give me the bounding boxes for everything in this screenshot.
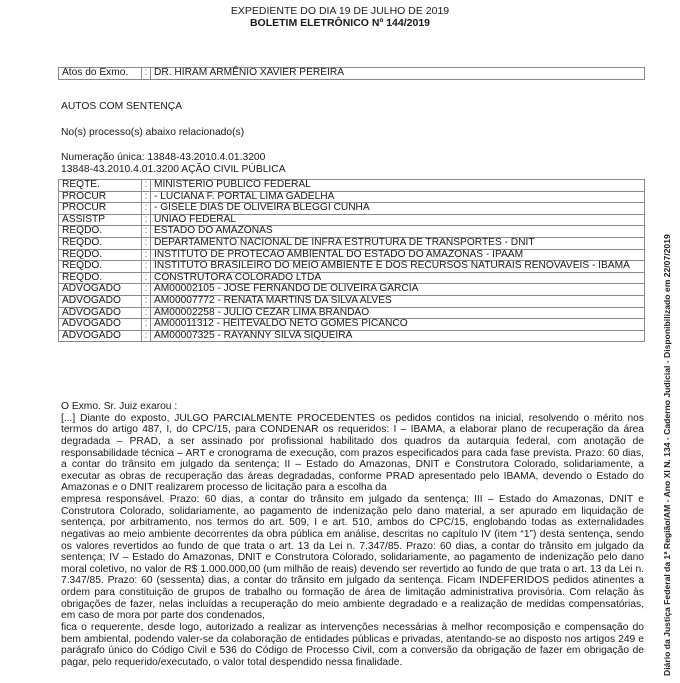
party-row: REQDO.:INSTITUTO BRASILEIRO DO MEIO AMBI… [59,261,645,273]
party-role: REQDO. [59,249,142,261]
expediente-date: EXPEDIENTE DO DIA 19 DE JULHO DE 2019 [0,5,680,17]
party-row: REQDO.:INSTITUTO DE PROTECAO AMBIENTAL D… [59,249,645,261]
party-row: PROCUR:- LUCIANA F. PORTAL LIMA GADELHA [59,191,645,203]
party-role: REQDO. [59,237,142,249]
sentence-paragraph-1: [...] Diante do exposto, JULGO PARCIALME… [61,413,644,448]
party-role: REQDO. [59,261,142,273]
sentence-paragraph-4: fica o requerente, desde logo, autorizad… [61,622,644,669]
party-role: REQTE. [59,180,142,192]
party-role: ADVOGADO [59,295,142,307]
party-name: - LUCIANA F. PORTAL LIMA GADELHA [151,191,645,203]
atos-table: Atos do Exmo. : DR. HIRAM ARMÊNIO XAVIER… [58,67,645,80]
party-row: REQDO.:DEPARTAMENTO NACIONAL DE INFRA ES… [59,237,645,249]
atos-label: Atos do Exmo. [59,68,142,80]
parties-table: REQTE.:MINISTERIO PUBLICO FEDERALPROCUR:… [58,179,645,342]
party-separator: : [142,180,151,192]
party-row: REQDO.:CONSTRUTORA COLORADO LTDA [59,272,645,284]
party-role: ADVOGADO [59,330,142,342]
party-separator: : [142,203,151,215]
party-row: ADVOGADO:AM00002258 - JULIO CEZAR LIMA B… [59,307,645,319]
party-name: AM00007772 - RENATA MARTINS DA SILVA ALV… [151,295,645,307]
party-separator: : [142,295,151,307]
party-row: ADVOGADO:AM00007772 - RENATA MARTINS DA … [59,295,645,307]
section-title: AUTOS COM SENTENÇA [61,101,182,113]
party-role: PROCUR [59,203,142,215]
document-header: EXPEDIENTE DO DIA 19 DE JULHO DE 2019 BO… [0,5,680,29]
party-role: PROCUR [59,191,142,203]
processes-intro: No(s) processo(s) abaixo relacionado(s) [61,127,244,139]
party-role: REQDO. [59,272,142,284]
party-row: PROCUR:- GISELE DIAS DE OLIVEIRA BLEGGI … [59,203,645,215]
party-name: ESTADO DO AMAZONAS [151,226,645,238]
party-separator: : [142,319,151,331]
party-name: AM00002258 - JULIO CEZAR LIMA BRANDAO [151,307,645,319]
process-class: 13848-43.2010.4.01.3200 AÇÃO CIVIL PÚBLI… [61,164,286,176]
party-role: ADVOGADO [59,307,142,319]
party-role: ADVOGADO [59,284,142,296]
party-name: AM00007325 - RAYANNY SILVA SIQUEIRA [151,330,645,342]
party-role: ASSISTP [59,214,142,226]
process-number: Numeração única: 13848-43.2010.4.01.3200 [61,152,265,164]
party-separator: : [142,307,151,319]
party-name: - GISELE DIAS DE OLIVEIRA BLEGGI CUNHA [151,203,645,215]
party-name: AM00011312 - HEITEVALDO NETO GOMES PICAN… [151,319,645,331]
judge-name: DR. HIRAM ARMÊNIO XAVIER PEREIRA [151,68,645,80]
atos-row: Atos do Exmo. : DR. HIRAM ARMÊNIO XAVIER… [59,68,645,80]
party-name: AM00002105 - JOSE FERNANDO DE OLIVEIRA G… [151,284,645,296]
party-row: ADVOGADO:AM00011312 - HEITEVALDO NETO GO… [59,319,645,331]
party-row: REQTE.:MINISTERIO PUBLICO FEDERAL [59,180,645,192]
sentence-body: O Exmo. Sr. Juiz exarou : [...] Diante d… [61,401,644,668]
party-separator: : [142,272,151,284]
party-name: CONSTRUTORA COLORADO LTDA [151,272,645,284]
party-separator: : [142,249,151,261]
party-row: ADVOGADO:AM00002105 - JOSE FERNANDO DE O… [59,284,645,296]
party-name: INSTITUTO BRASILEIRO DO MEIO AMBIENTE E … [151,261,645,273]
party-separator: : [142,284,151,296]
party-row: REQDO.:ESTADO DO AMAZONAS [59,226,645,238]
party-separator: : [142,226,151,238]
party-row: ADVOGADO:AM00007325 - RAYANNY SILVA SIQU… [59,330,645,342]
party-role: REQDO. [59,226,142,238]
sentence-intro: O Exmo. Sr. Juiz exarou : [61,401,644,413]
boletim-title: BOLETIM ELETRÔNICO Nº 144/2019 [0,17,680,29]
party-name: DEPARTAMENTO NACIONAL DE INFRA ESTRUTURA… [151,237,645,249]
party-separator: : [142,261,151,273]
atos-separator: : [142,68,151,80]
party-separator: : [142,191,151,203]
sentence-paragraph-2: responsabilidade técnica – ART e cronogr… [61,448,644,495]
party-name: MINISTERIO PUBLICO FEDERAL [151,180,645,192]
side-publication-note: Diário da Justiça Federal da 1ª Região/A… [662,6,672,676]
party-name: INSTITUTO DE PROTECAO AMBIENTAL DO ESTAD… [151,249,645,261]
sentence-paragraph-3: empresa responsável. Prazo: 60 dias, a c… [61,494,644,622]
party-role: ADVOGADO [59,319,142,331]
party-separator: : [142,237,151,249]
party-separator: : [142,330,151,342]
party-row: ASSISTP:UNIAO FEDERAL [59,214,645,226]
party-separator: : [142,214,151,226]
party-name: UNIAO FEDERAL [151,214,645,226]
